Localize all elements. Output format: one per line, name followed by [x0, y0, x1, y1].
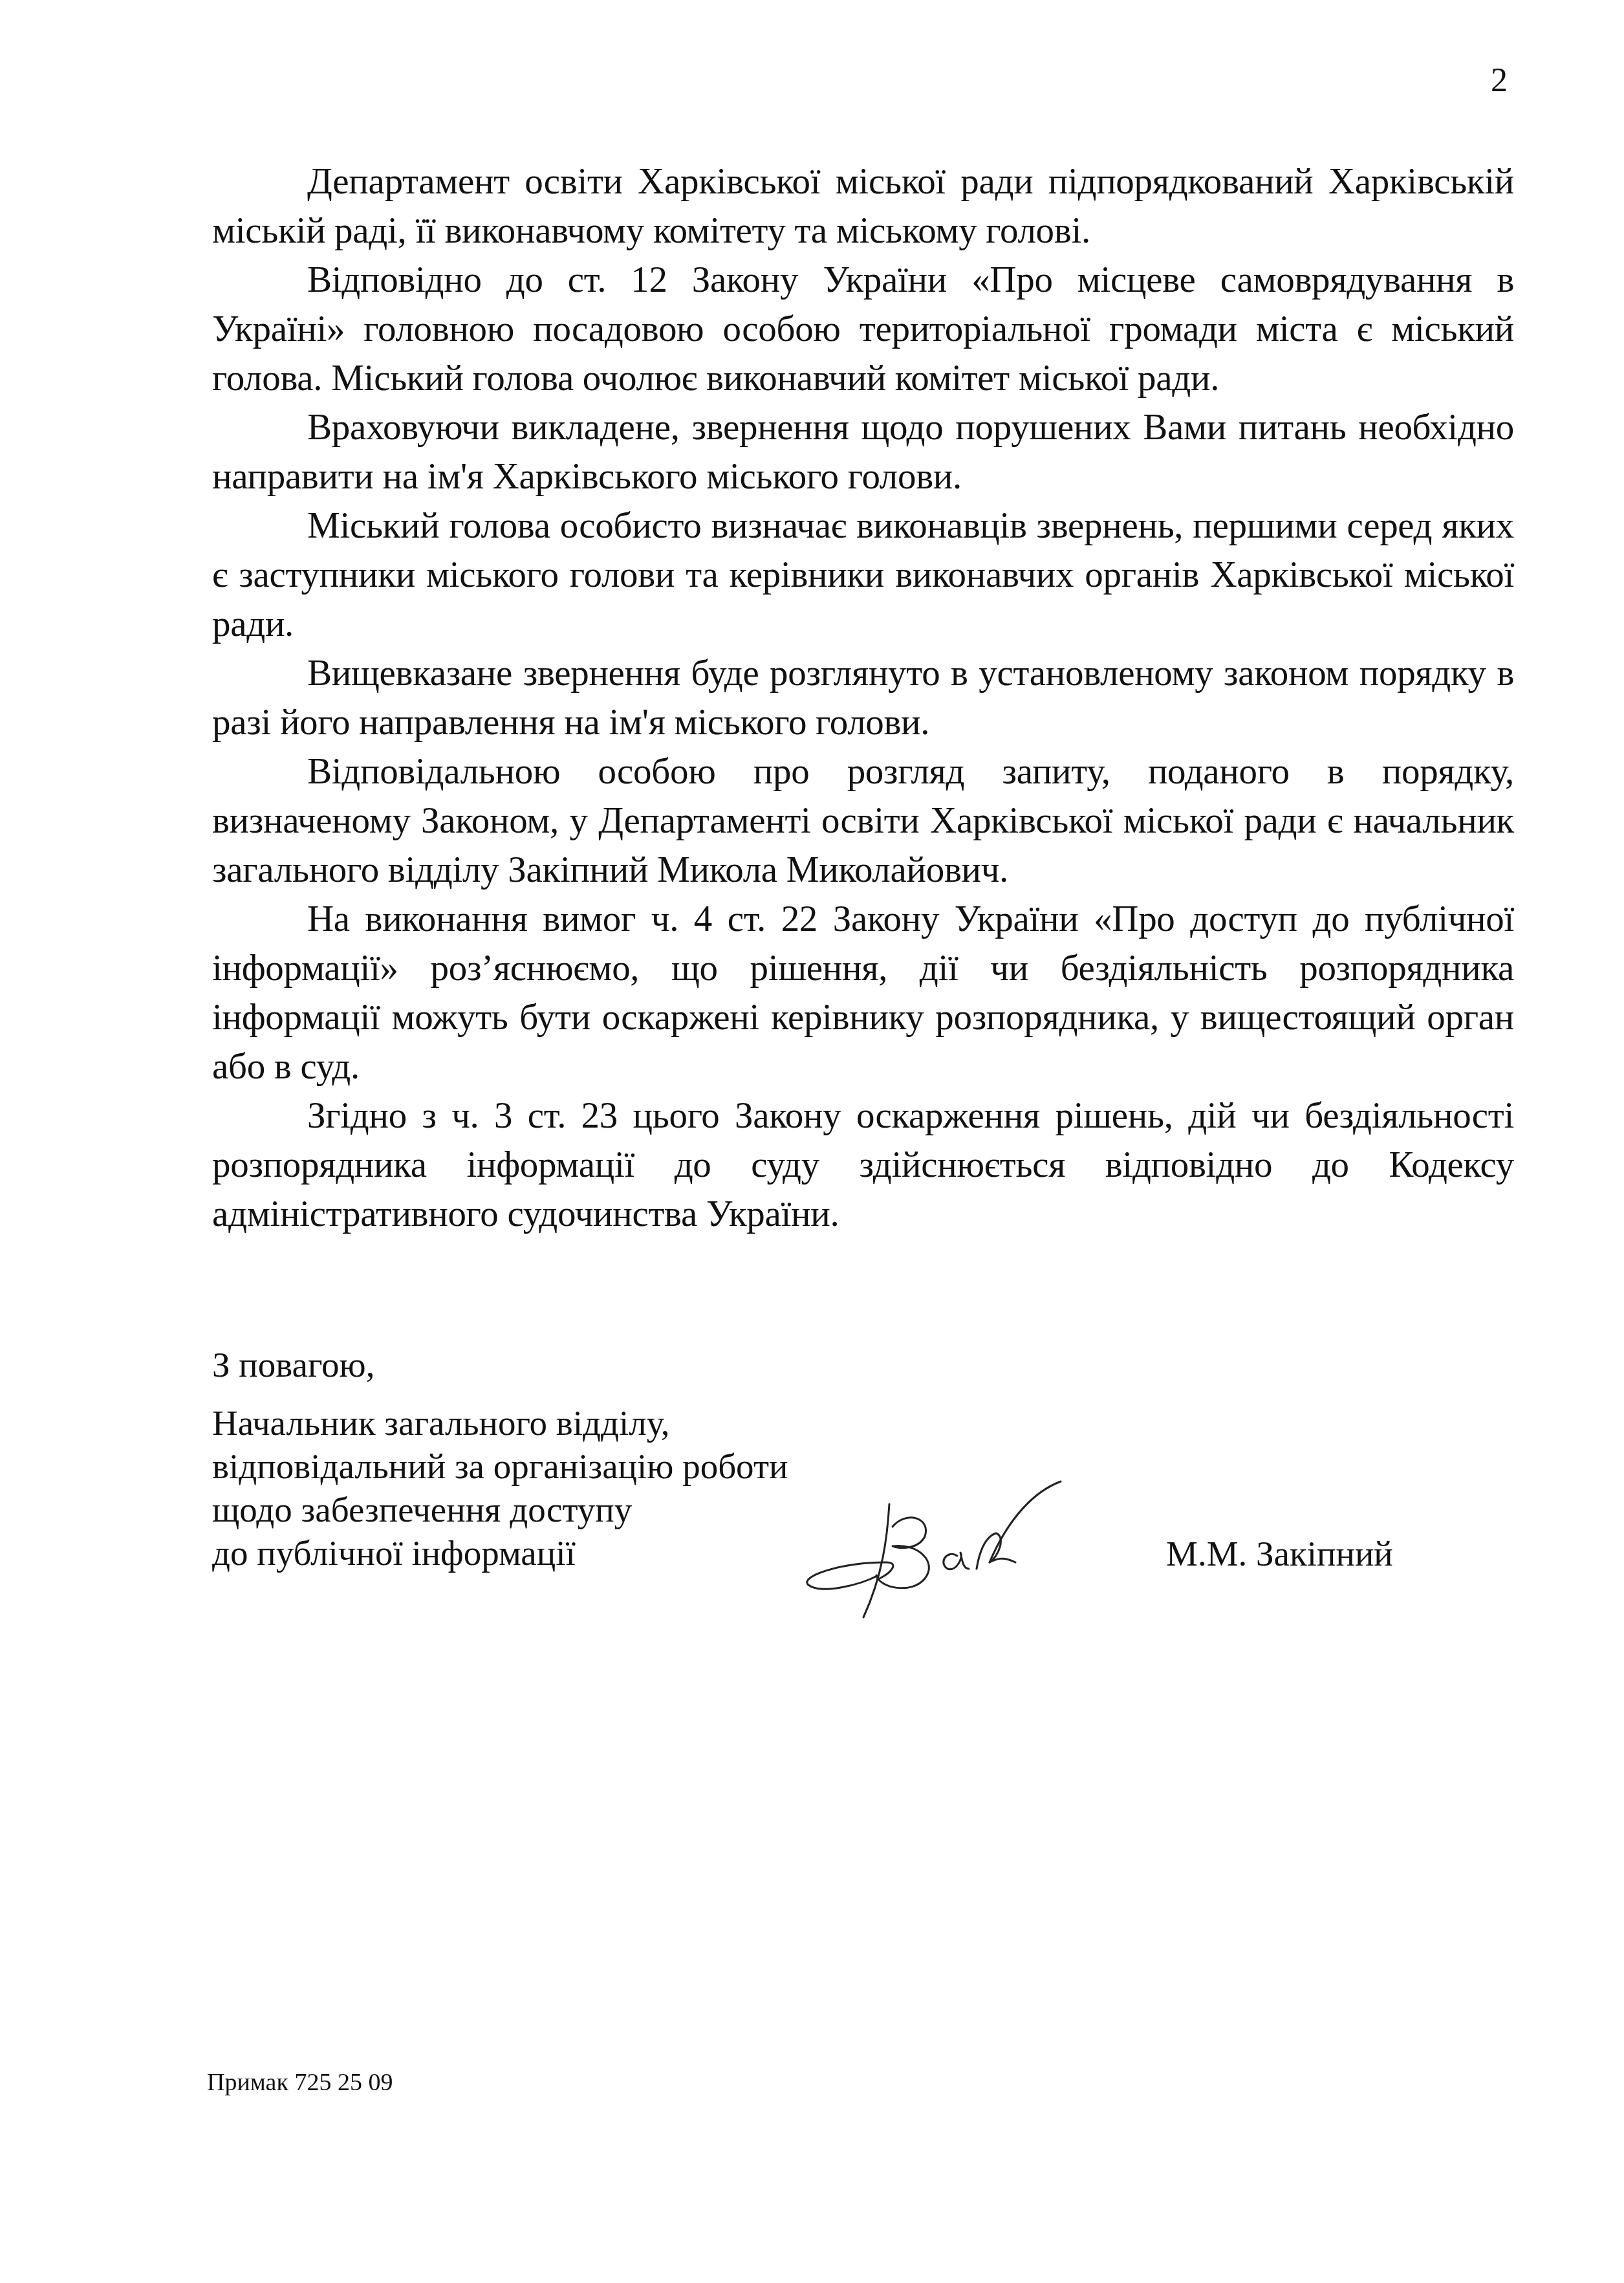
footer-contact: Примак 725 25 09: [207, 2068, 393, 2097]
page-number: 2: [1491, 61, 1508, 100]
paragraph: Відповідальною особою про розгляд запиту…: [212, 747, 1514, 895]
signature-title-line: до публічної інформації: [212, 1531, 788, 1575]
signature-title-line: Начальник загального відділу,: [212, 1401, 788, 1445]
closing-salutation: З повагою,: [212, 1342, 374, 1388]
paragraph: Департамент освіти Харківської міської р…: [212, 157, 1514, 256]
paragraph: Міський голова особисто визначає виконав…: [212, 501, 1514, 649]
paragraph: Враховуючи викладене, звернення щодо пор…: [212, 403, 1514, 501]
paragraph: Згідно з ч. 3 ст. 23 цього Закону оскарж…: [212, 1091, 1514, 1239]
paragraph: Відповідно до ст. 12 Закону України «Про…: [212, 256, 1514, 403]
letter-body: Департамент освіти Харківської міської р…: [212, 157, 1514, 1239]
signer-name: М.М. Закіпний: [1166, 1532, 1393, 1575]
paragraph: Вищевказане звернення буде розглянуто в …: [212, 649, 1514, 747]
handwritten-signature-icon: [802, 1465, 1216, 1621]
paragraph: На виконання вимог ч. 4 ст. 22 Закону Ук…: [212, 895, 1514, 1091]
signature-title-line: відповідальний за організацію роботи: [212, 1445, 788, 1488]
signature-title-block: Начальник загального відділу, відповідал…: [212, 1401, 788, 1575]
signature-title-line: щодо забезпечення доступу: [212, 1488, 788, 1531]
